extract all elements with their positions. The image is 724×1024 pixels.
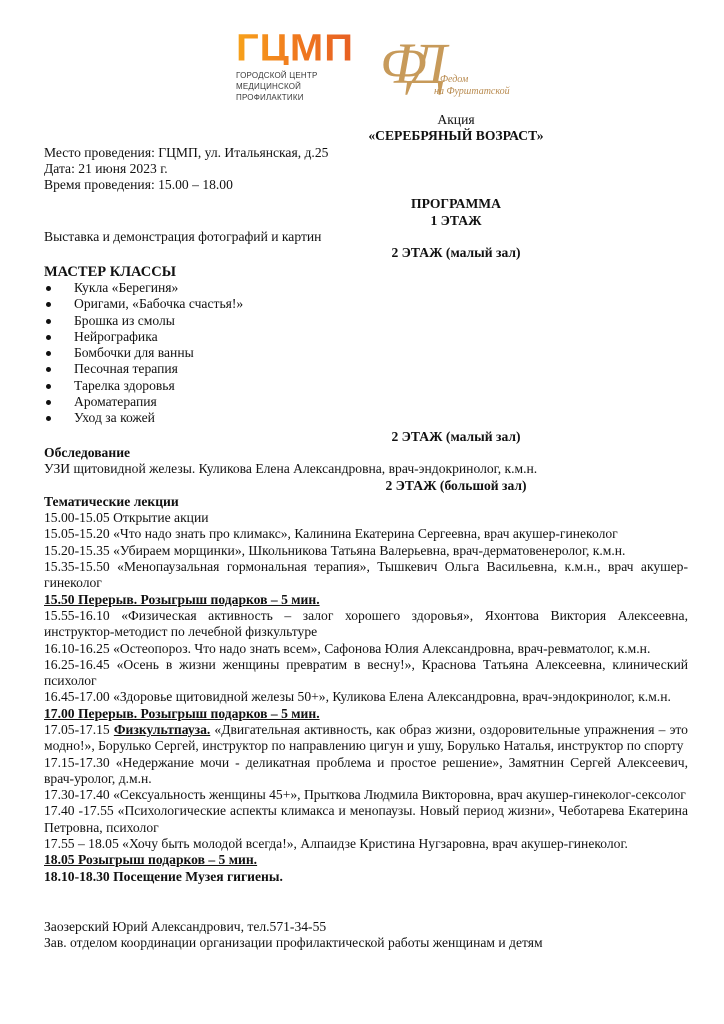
entry-time: 16.45-17.00 xyxy=(44,689,110,704)
event-kicker: Акция xyxy=(224,112,688,128)
examination-title: Обследование xyxy=(44,445,688,461)
schedule-entry: 16.45-17.00 «Здоровье щитовидной железы … xyxy=(44,689,688,705)
event-title: «СЕРЕБРЯНЫЙ ВОЗРАСТ» xyxy=(224,128,688,144)
event-title-block: Акция «СЕРЕБРЯНЫЙ ВОЗРАСТ» xyxy=(224,112,688,145)
entry-text: Открытие акции xyxy=(110,510,209,525)
schedule-entry-fizkult: 17.05-17.15 Физкультпауза. «Двигательная… xyxy=(44,722,688,755)
footer-contact: Заозерский Юрий Александрович, тел.571-3… xyxy=(44,919,688,935)
schedule-entry: 16.10-16.25 «Остеопороз. Что надо знать … xyxy=(44,641,688,657)
entry-time: 15.05-15.20 xyxy=(44,526,110,541)
gcmp-logo-subtitle: ГОРОДСКОЙ ЦЕНТР МЕДИЦИНСКОЙ ПРОФИЛАКТИКИ xyxy=(236,70,366,103)
schedule-entry: 17.40 -17.55 «Психологические аспекты кл… xyxy=(44,803,688,836)
footer-position: Зав. отделом координации организации про… xyxy=(44,935,688,951)
gcmp-subtitle-line: ГОРОДСКОЙ ЦЕНТР xyxy=(236,70,366,81)
event-time: Время проведения: 15.00 – 18.00 xyxy=(44,177,688,193)
gcmp-logo: ГЦМП ГОРОДСКОЙ ЦЕНТР МЕДИЦИНСКОЙ ПРОФИЛА… xyxy=(236,30,366,103)
gcmp-subtitle-line: МЕДИЦИНСКОЙ xyxy=(236,81,366,92)
schedule-entry: 17.55 – 18.05 «Хочу быть молодой всегда!… xyxy=(44,836,688,852)
dom-logo-text: Федом на Фурштатской xyxy=(440,74,510,98)
floor2-small-heading-2: 2 ЭТАЖ (малый зал) xyxy=(224,429,688,445)
dom-logo-line: Федом xyxy=(440,74,510,86)
event-venue: Место проведения: ГЦМП, ул. Итальянская,… xyxy=(44,145,688,161)
entry-text: «Остеопороз. Что надо знать всем», Сафон… xyxy=(113,641,650,656)
list-item: Оригами, «Бабочка счастья!» xyxy=(44,296,688,312)
entry-text: «Физическая активность – залог хорошего … xyxy=(44,608,688,639)
list-item: Бомбочки для ванны xyxy=(44,345,688,361)
entry-time: 17.40 -17.55 xyxy=(44,803,114,818)
list-item: Ароматерапия xyxy=(44,394,688,410)
schedule-entry: 15.55-16.10 «Физическая активность – зал… xyxy=(44,608,688,641)
floor2-small-heading: 2 ЭТАЖ (малый зал) xyxy=(224,245,688,261)
entry-text: «Сексуальность женщины 45+», Прыткова Лю… xyxy=(113,787,686,802)
fizkult-label: Физкультпауза. xyxy=(114,722,210,737)
entry-time: 15.35-15.50 xyxy=(44,559,110,574)
list-item: Нейрографика xyxy=(44,329,688,345)
floor2-large-heading: 2 ЭТАЖ (большой зал) xyxy=(224,478,688,494)
list-item: Уход за кожей xyxy=(44,410,688,426)
dom-na-furshtatskoy-logo: ФД Федом на Фурштатской xyxy=(376,30,516,110)
list-item: Тарелка здоровья xyxy=(44,378,688,394)
entry-time: 17.05-17.15 xyxy=(44,722,110,737)
list-item: Кукла «Берегиня» xyxy=(44,280,688,296)
examination-text: УЗИ щитовидной железы. Куликова Елена Ал… xyxy=(44,461,688,477)
entry-text: «Осень в жизни женщины превратим в весну… xyxy=(44,657,688,688)
entry-text: «Хочу быть молодой всегда!», Алпаидзе Кр… xyxy=(122,836,628,851)
spacer xyxy=(44,885,688,919)
entry-time: 16.10-16.25 xyxy=(44,641,110,656)
list-item: Песочная терапия xyxy=(44,361,688,377)
entry-time: 17.15-17.30 xyxy=(44,755,110,770)
lectures-title: Тематические лекции xyxy=(44,494,688,510)
entry-time: 15.00-15.05 xyxy=(44,510,110,525)
floor1-heading: 1 ЭТАЖ xyxy=(224,213,688,229)
master-classes-title: МАСТЕР КЛАССЫ xyxy=(44,264,688,280)
entry-text: «Недержание мочи - деликатная проблема и… xyxy=(44,755,688,786)
logos-header: ГЦМП ГОРОДСКОЙ ЦЕНТР МЕДИЦИНСКОЙ ПРОФИЛА… xyxy=(236,30,516,110)
gcmp-subtitle-line: ПРОФИЛАКТИКИ xyxy=(236,92,366,103)
floor1-text: Выставка и демонстрация фотографий и кар… xyxy=(44,229,688,245)
event-date: Дата: 21 июня 2023 г. xyxy=(44,161,688,177)
schedule-entry: 15.20-15.35 «Убираем морщинки», Школьник… xyxy=(44,543,688,559)
schedule-entry: 15.35-15.50 «Менопаузальная гормональная… xyxy=(44,559,688,592)
list-item: Брошка из смолы xyxy=(44,313,688,329)
museum-visit: 18.10-18.30 Посещение Музея гигиены. xyxy=(44,869,688,885)
monogram-icon: ФД xyxy=(380,32,433,96)
schedule-entry: 17.30-17.40 «Сексуальность женщины 45+»,… xyxy=(44,787,688,803)
break-announcement: 18.05 Розыгрыш подарков – 5 мин. xyxy=(44,852,688,868)
entry-text: «Психологические аспекты климакса и мено… xyxy=(44,803,688,834)
gcmp-logo-mark: ГЦМП xyxy=(236,31,366,65)
program-title: ПРОГРАММА xyxy=(224,196,688,212)
entry-time: 15.20-15.35 xyxy=(44,543,110,558)
master-classes-list: Кукла «Берегиня» Оригами, «Бабочка счаст… xyxy=(44,280,688,427)
entry-time: 15.55-16.10 xyxy=(44,608,110,623)
entry-text: «Здоровье щитовидной железы 50+», Кулико… xyxy=(113,689,671,704)
schedule-entry: 15.00-15.05 Открытие акции xyxy=(44,510,688,526)
entry-text: «Что надо знать про климакс», Калинина Е… xyxy=(110,526,618,541)
entry-text: «Менопаузальная гормональная терапия», Т… xyxy=(44,559,688,590)
entry-time: 16.25-16.45 xyxy=(44,657,110,672)
break-announcement: 17.00 Перерыв. Розыгрыш подарков – 5 мин… xyxy=(44,706,688,722)
schedule-entry: 16.25-16.45 «Осень в жизни женщины превр… xyxy=(44,657,688,690)
schedule-entry: 17.15-17.30 «Недержание мочи - деликатна… xyxy=(44,755,688,788)
break-announcement: 15.50 Перерыв. Розыгрыш подарков – 5 мин… xyxy=(44,592,688,608)
schedule-entry: 15.05-15.20 «Что надо знать про климакс»… xyxy=(44,526,688,542)
program-document: Акция «СЕРЕБРЯНЫЙ ВОЗРАСТ» Место проведе… xyxy=(44,112,688,952)
entry-time: 17.30-17.40 xyxy=(44,787,110,802)
dom-logo-line: на Фурштатской xyxy=(434,86,510,98)
entry-text: «Убираем морщинки», Школьникова Татьяна … xyxy=(113,543,625,558)
entry-time: 17.55 – 18.05 xyxy=(44,836,119,851)
